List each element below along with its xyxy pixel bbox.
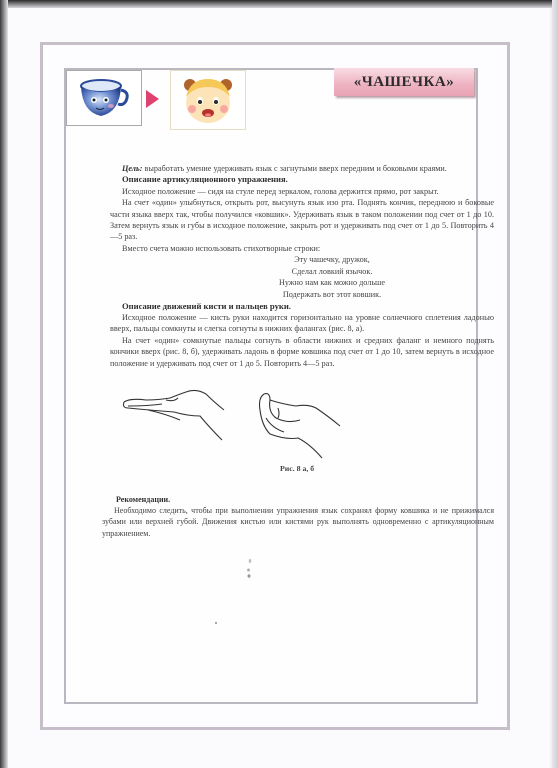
recommendations: Рекомендации. Необходимо следить, чтобы … bbox=[102, 494, 494, 539]
poem: Эту чашечку, дружок, Сделал ловкий язычо… bbox=[170, 254, 494, 300]
poem-line: Подержать вот этот ковшик. bbox=[170, 289, 494, 301]
goal-label: Цель: bbox=[122, 164, 142, 173]
exercise-description: Цель: выработать умение удерживать язык … bbox=[110, 163, 494, 369]
cup-icon bbox=[74, 74, 134, 122]
cupped-hand-icon bbox=[260, 394, 341, 458]
poem-line: Сделал ловкий язычок. bbox=[170, 266, 494, 278]
flat-hand-icon bbox=[124, 390, 225, 440]
cup-picture bbox=[66, 70, 142, 126]
articulation-heading: Описание артикуляционного упражнения. bbox=[122, 174, 494, 185]
exercise-title-badge: «ЧАШЕЧКА» bbox=[334, 68, 474, 96]
arrow-icon bbox=[146, 90, 159, 108]
poem-line: Эту чашечку, дружок, bbox=[170, 254, 494, 266]
hand-paragraph: Исходное положение — кисть руки находитс… bbox=[110, 312, 494, 335]
hand-movement-heading: Описание движений кисти и пальцев руки. bbox=[122, 301, 494, 312]
hand-figures bbox=[118, 388, 348, 468]
goal-text: выработать умение удерживать язык с загн… bbox=[142, 164, 446, 173]
scan-edge-left bbox=[0, 0, 8, 768]
hand-paragraph: На счет «один» сомкнутые пальцы согнуть … bbox=[110, 335, 494, 369]
poem-line: Нужно нам как можно дольше bbox=[170, 277, 494, 289]
figure-caption: Рис. 8 а, б bbox=[280, 464, 314, 473]
recommendations-text: Необходимо следить, чтобы при выполнении… bbox=[102, 505, 494, 539]
recommendations-heading: Рекомендации. bbox=[116, 494, 494, 505]
scan-edge-right bbox=[552, 0, 558, 768]
girl-face-icon bbox=[176, 73, 240, 127]
articulation-paragraph: На счет «один» улыбнуться, открыть рот, … bbox=[110, 197, 494, 243]
goal-line: Цель: выработать умение удерживать язык … bbox=[110, 163, 494, 174]
scan-smudge bbox=[246, 558, 252, 582]
scan-speck bbox=[215, 622, 217, 624]
girl-face-picture bbox=[170, 70, 246, 130]
scan-edge-top bbox=[0, 0, 558, 8]
articulation-paragraph: Исходное положение — сидя на стуле перед… bbox=[110, 186, 494, 197]
articulation-paragraph: Вместо счета можно использовать стихотво… bbox=[110, 243, 494, 254]
